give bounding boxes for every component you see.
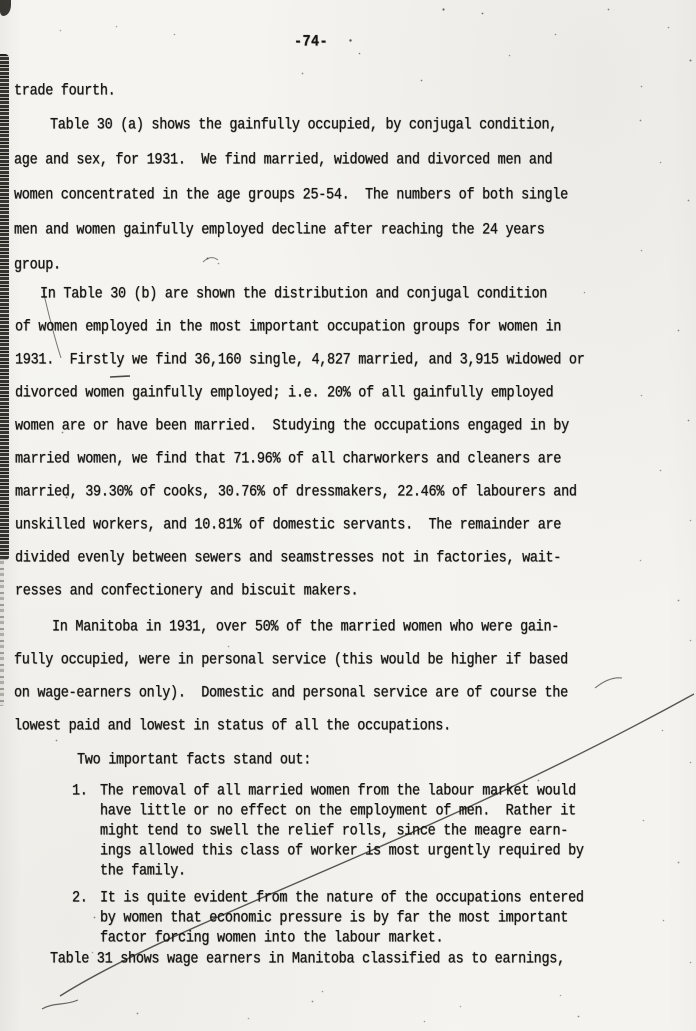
typewritten-text-layer: -74- trade fourth. Table 30 (a) shows th… bbox=[0, 0, 696, 1031]
text-line: married women, we find that 71.96% of al… bbox=[15, 450, 585, 469]
text-line: ings allowed this class of worker is mos… bbox=[100, 842, 584, 861]
paragraph-2: In Table 30 (b) are shown the distributi… bbox=[15, 285, 585, 615]
text-line: unskilled workers, and 10.81% of domesti… bbox=[15, 516, 585, 535]
text-line: resses and confectionery and biscuit mak… bbox=[15, 582, 585, 601]
text-line: age and sex, for 1931. We find married, … bbox=[14, 151, 568, 170]
text-line: factor forcing women into the labour mar… bbox=[100, 929, 584, 948]
text-line: women are or have been married. Studying… bbox=[15, 417, 585, 436]
text-line: married, 39.30% of cooks, 30.76% of dres… bbox=[15, 483, 585, 502]
text-line: Table 30 (a) shows the gainfully occupie… bbox=[14, 116, 568, 135]
list-item-1-marker: 1. bbox=[72, 782, 88, 801]
paragraph-1: Table 30 (a) shows the gainfully occupie… bbox=[14, 116, 568, 291]
opening-line: trade fourth. bbox=[14, 82, 115, 101]
text-line: might tend to swell the relief rolls, si… bbox=[100, 822, 584, 841]
text-line: divorced women gainfully employed; i.e. … bbox=[15, 384, 585, 403]
text-line: men and women gainfully employed decline… bbox=[14, 221, 568, 240]
text-line: by women that economic pressure is by fa… bbox=[100, 909, 584, 928]
list-item-2: It is quite evident from the nature of t… bbox=[100, 889, 584, 949]
text-line: lowest paid and lowest in status of all … bbox=[14, 717, 568, 736]
page-number: -74- bbox=[294, 33, 328, 52]
text-line: on wage-earners only). Domestic and pers… bbox=[14, 684, 568, 703]
list-item-2-marker: 2. bbox=[72, 889, 88, 908]
list-item-1: The removal of all married women from th… bbox=[100, 782, 584, 882]
text-line: of women employed in the most important … bbox=[15, 318, 585, 337]
text-line: fully occupied, were in personal service… bbox=[14, 651, 568, 670]
closing-line: Table 31 shows wage earners in Manitoba … bbox=[50, 950, 565, 969]
text-line: women concentrated in the age groups 25-… bbox=[14, 186, 568, 205]
text-line: The removal of all married women from th… bbox=[100, 782, 584, 801]
text-line: In Table 30 (b) are shown the distributi… bbox=[15, 285, 585, 304]
text-line: 1931. Firstly we find 36,160 single, 4,8… bbox=[15, 351, 585, 370]
text-line: divided evenly between sewers and seamst… bbox=[15, 549, 585, 568]
text-line: group. bbox=[14, 256, 568, 275]
text-line: In Manitoba in 1931, over 50% of the mar… bbox=[14, 618, 568, 637]
facts-intro-line: Two important facts stand out: bbox=[77, 751, 311, 770]
text-line: It is quite evident from the nature of t… bbox=[100, 889, 584, 908]
scanned-document-page: -74- trade fourth. Table 30 (a) shows th… bbox=[0, 0, 696, 1031]
text-line: have little or no effect on the employme… bbox=[100, 802, 584, 821]
paragraph-3: In Manitoba in 1931, over 50% of the mar… bbox=[14, 618, 568, 750]
text-line: the family. bbox=[100, 862, 584, 881]
